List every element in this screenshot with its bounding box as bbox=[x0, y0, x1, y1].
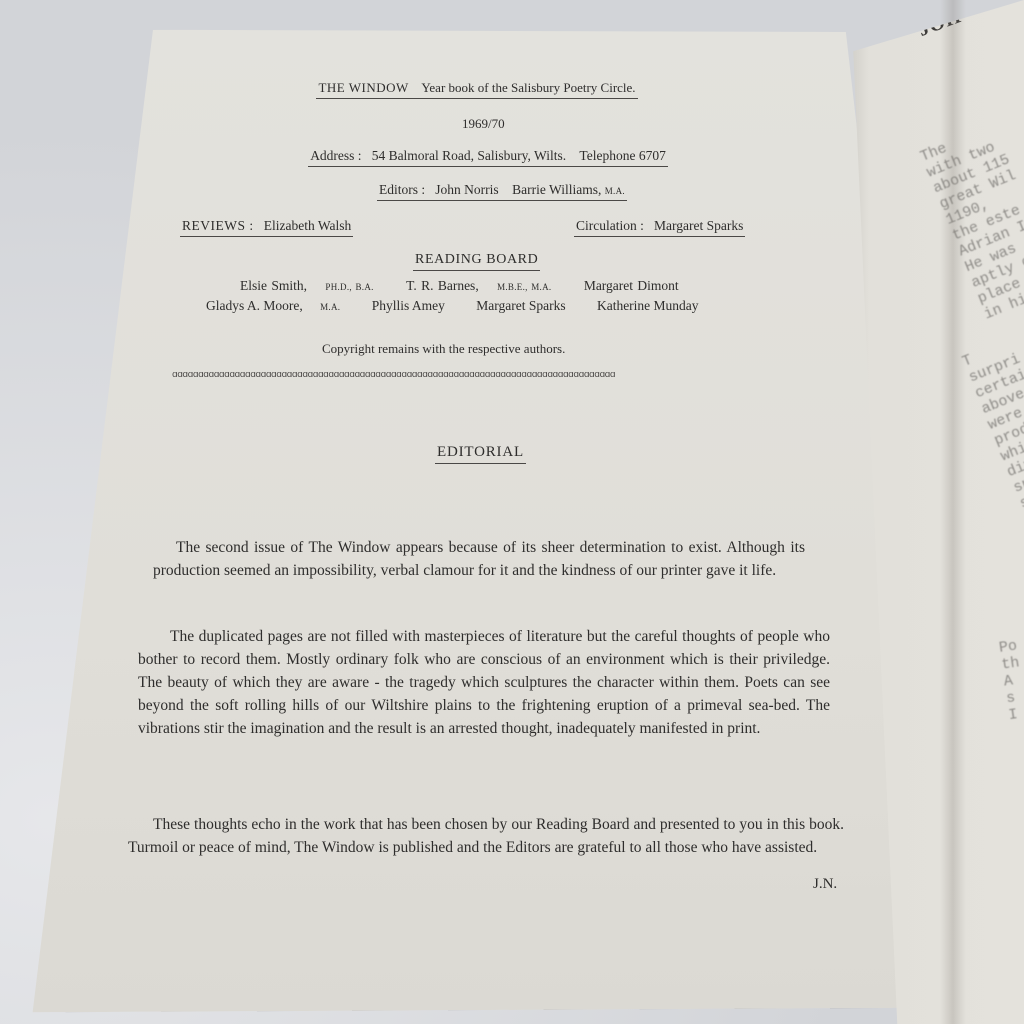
editorial-paragraph: The second issue of The Window appears b… bbox=[153, 536, 805, 582]
publication-name: THE WINDOW bbox=[318, 80, 408, 95]
copyright-notice: Copyright remains with the respective au… bbox=[322, 341, 565, 357]
board-member-name: Phyllis Amey bbox=[372, 298, 445, 313]
ornamental-divider: ɑɑɑɑɑɑɑɑɑɑɑɑɑɑɑɑɑɑɑɑɑɑɑɑɑɑɑɑɑɑɑɑɑɑɑɑɑɑɑɑ… bbox=[172, 370, 804, 380]
board-member: Phyllis Amey bbox=[372, 298, 463, 313]
editors-line: Editors : John Norris Barrie Williams, M… bbox=[322, 182, 682, 201]
editorial-paragraph: The duplicated pages are not filled with… bbox=[138, 625, 830, 740]
facing-page-text-block-1: The with two about 115 great Wil 1190, t… bbox=[918, 120, 1024, 324]
board-member-degree: M.A. bbox=[320, 302, 340, 312]
board-member-name: Gladys A. Moore, bbox=[206, 298, 303, 313]
board-member: Margaret Sparks bbox=[476, 298, 583, 313]
circulation-name: Margaret Sparks bbox=[654, 218, 743, 233]
board-member: T. R. Barnes, M.B.E., M.A. bbox=[406, 278, 570, 293]
masthead-title: THE WINDOW Year book of the Salisbury Po… bbox=[252, 80, 702, 99]
telephone-value: 6707 bbox=[639, 148, 666, 163]
editors-label: Editors : bbox=[379, 182, 425, 197]
editorial-heading: EDITORIAL bbox=[435, 444, 526, 464]
publication-year: 1969/70 bbox=[462, 116, 505, 132]
reviews-label: REVIEWS : bbox=[182, 218, 254, 233]
facing-page-text-block-2: T surpri certai above were produ which d… bbox=[960, 335, 1024, 544]
board-member: Gladys A. Moore, M.A. bbox=[206, 298, 358, 313]
circulation-label: Circulation : bbox=[576, 218, 644, 233]
editor-degree: M.A. bbox=[605, 186, 625, 196]
reading-board-heading: READING BOARD bbox=[413, 252, 540, 271]
reading-board-row-2: Gladys A. Moore, M.A. Phyllis Amey Marga… bbox=[206, 298, 727, 314]
circulation-credit: Circulation : Margaret Sparks bbox=[574, 218, 745, 237]
board-member-name: T. R. Barnes, bbox=[406, 278, 479, 293]
reading-board-row-1: Elsie Smith, PH.D., B.A. T. R. Barnes, M… bbox=[240, 278, 707, 294]
board-member-degree: M.B.E., M.A. bbox=[497, 282, 551, 292]
board-member: Margaret Dimont bbox=[584, 278, 693, 293]
publication-subtitle: Year book of the Salisbury Poetry Circle… bbox=[421, 80, 635, 95]
telephone-label: Telephone bbox=[579, 148, 635, 163]
editor-name: Barrie Williams, bbox=[512, 182, 601, 197]
board-member-name: Margaret Sparks bbox=[476, 298, 565, 313]
board-member-name: Margaret Dimont bbox=[584, 278, 679, 293]
board-member: Katherine Munday bbox=[597, 298, 713, 313]
address-value: 54 Balmoral Road, Salisbury, Wilts. bbox=[372, 148, 566, 163]
editorial-paragraph: These thoughts echo in the work that has… bbox=[128, 813, 844, 859]
board-member-degree: PH.D., B.A. bbox=[325, 282, 373, 292]
editorial-signature: J.N. bbox=[813, 876, 837, 893]
left-page bbox=[27, 26, 962, 1013]
board-member-name: Katherine Munday bbox=[597, 298, 699, 313]
reviews-credit: REVIEWS : Elizabeth Walsh bbox=[180, 218, 353, 237]
address-label: Address : bbox=[310, 148, 361, 163]
reviews-name: Elizabeth Walsh bbox=[264, 218, 352, 233]
facing-page-text-block-3: Po th A s I bbox=[998, 637, 1024, 724]
address-line: Address : 54 Balmoral Road, Salisbury, W… bbox=[248, 148, 728, 167]
editor-name: John Norris bbox=[435, 182, 498, 197]
board-member: Elsie Smith, PH.D., B.A. bbox=[240, 278, 392, 293]
board-member-name: Elsie Smith, bbox=[240, 278, 307, 293]
